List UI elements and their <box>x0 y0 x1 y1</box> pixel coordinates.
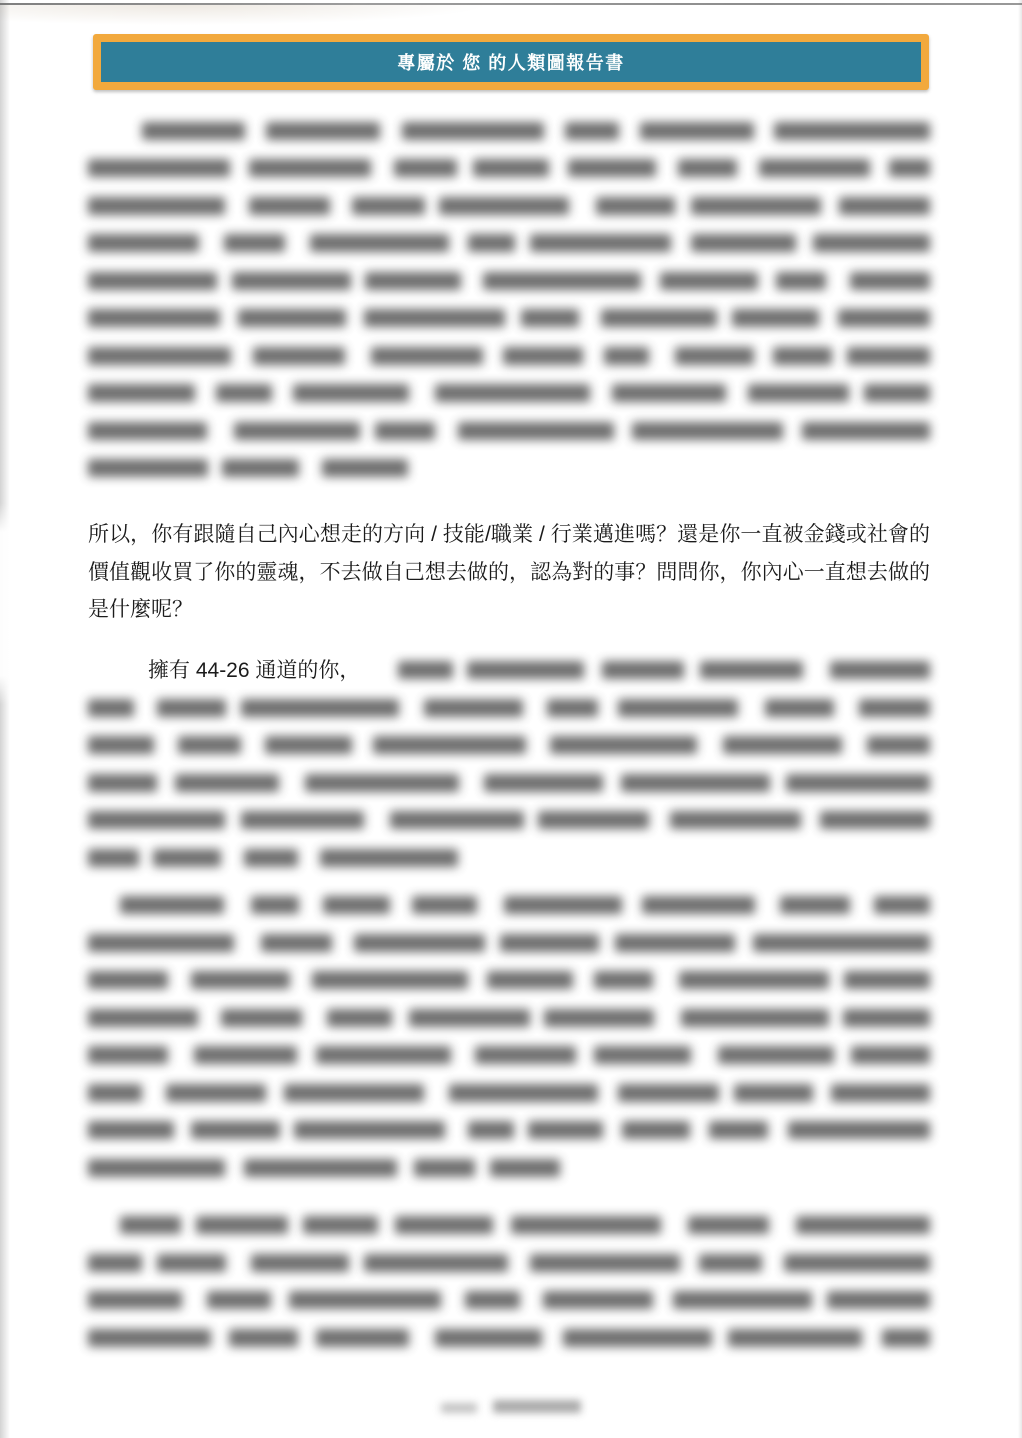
blurred-text-segment <box>373 736 526 754</box>
blurred-footer-segment <box>441 1403 477 1413</box>
text-gap <box>88 1225 120 1226</box>
blurred-text-segment <box>483 272 641 290</box>
blurred-text-segment <box>604 347 649 365</box>
blurred-text-line <box>88 1244 930 1282</box>
blurred-text-segment <box>88 197 225 215</box>
blurred-text-line <box>88 112 930 150</box>
blurred-text-segment <box>414 1159 475 1177</box>
text-gap <box>272 393 293 394</box>
blurred-text-segment <box>327 1009 392 1027</box>
blurred-text-segment <box>354 934 485 952</box>
blurred-text-segment <box>765 699 834 717</box>
blurred-text-segment <box>322 459 408 477</box>
text-gap <box>803 670 830 671</box>
blurred-text-line <box>88 887 930 925</box>
blurred-text-segment <box>500 934 599 952</box>
blurred-text-line <box>88 1319 930 1357</box>
text-gap <box>530 1017 544 1018</box>
text-gap <box>195 393 216 394</box>
blurred-text-segment <box>323 896 390 914</box>
text-gap <box>862 1337 882 1338</box>
blurred-text-segment <box>178 736 241 754</box>
text-gap <box>819 318 838 319</box>
blurred-text-segment <box>874 896 930 914</box>
blurred-text-segment <box>249 159 371 177</box>
text-gap <box>181 1225 196 1226</box>
blurred-text-segment <box>238 309 346 327</box>
text-gap <box>598 707 618 708</box>
text-gap <box>649 820 670 821</box>
text-gap <box>755 905 780 906</box>
text-gap <box>424 1092 449 1093</box>
text-gap <box>549 168 568 169</box>
text-gap <box>285 243 310 244</box>
blurred-text-segment <box>621 774 770 792</box>
blurred-text-segment <box>294 1121 445 1139</box>
paragraph-blurred-3 <box>88 887 930 1187</box>
blurred-text-segment <box>398 661 453 679</box>
blurred-text-segment <box>191 971 290 989</box>
blurred-text-segment <box>468 234 515 252</box>
text-gap <box>485 942 500 943</box>
blurred-text-segment <box>468 1121 514 1139</box>
text-gap <box>508 1262 530 1263</box>
text-gap <box>654 1017 681 1018</box>
blurred-text-segment <box>802 422 930 440</box>
blurred-text-segment <box>691 197 821 215</box>
blurred-text-segment <box>622 1121 690 1139</box>
paragraph-blurred-intro <box>88 112 930 487</box>
text-gap <box>834 1055 851 1056</box>
blurred-text-segment <box>88 736 154 754</box>
blurred-text-segment <box>467 661 584 679</box>
blurred-text-segment <box>216 384 272 402</box>
blurred-text-line <box>88 1207 930 1245</box>
blurred-text-segment <box>390 811 524 829</box>
blurred-text-segment <box>882 1329 930 1347</box>
text-gap <box>168 1055 194 1056</box>
text-gap <box>451 1055 475 1056</box>
blurred-text-segment <box>88 234 199 252</box>
text-gap <box>524 820 538 821</box>
blurred-text-segment <box>820 811 930 829</box>
blurred-text-segment <box>88 459 208 477</box>
text-gap <box>514 1130 528 1131</box>
blurred-text-segment <box>784 1254 930 1272</box>
text-gap <box>576 1055 594 1056</box>
blurred-text-segment <box>521 309 579 327</box>
blurred-text-segment <box>681 1009 829 1027</box>
blurred-text-segment <box>303 1216 378 1234</box>
paragraph-question: 所以，你有跟隨自己內心想走的方向 / 技能/職業 / 行業邁進嗎？還是你一直被金… <box>88 516 930 629</box>
blurred-text-line <box>88 924 930 962</box>
text-gap <box>330 205 352 206</box>
text-gap <box>360 670 398 671</box>
report-title-banner: 專屬於 您 的人類圖報告書 <box>93 34 929 90</box>
text-gap <box>842 745 867 746</box>
text-gap <box>332 942 354 943</box>
blurred-text-segment <box>688 1216 769 1234</box>
text-gap <box>208 468 222 469</box>
blurred-text-segment <box>889 159 930 177</box>
blurred-text-line <box>88 337 930 375</box>
blurred-text-segment <box>568 159 656 177</box>
blurred-text-segment <box>88 384 195 402</box>
text-gap <box>364 820 390 821</box>
blurred-text-segment <box>780 896 850 914</box>
text-gap <box>754 130 774 131</box>
blurred-text-segment <box>412 896 477 914</box>
text-gap <box>603 1130 622 1131</box>
blurred-text-segment <box>229 1329 298 1347</box>
blurred-text-segment <box>473 159 549 177</box>
text-gap <box>425 205 439 206</box>
blurred-text-segment <box>88 811 225 829</box>
text-gap <box>850 905 874 906</box>
blurred-text-segment <box>867 736 930 754</box>
text-gap <box>225 205 249 206</box>
blurred-text-segment <box>142 122 245 140</box>
channel-44-26-lead: 擁有 44-26 通道的你， <box>148 652 360 690</box>
text-gap <box>435 430 458 431</box>
blurred-text-segment <box>673 1291 812 1309</box>
text-gap <box>834 707 859 708</box>
blurred-text-segment <box>847 347 930 365</box>
blurred-text-segment <box>284 1084 424 1102</box>
blurred-text-line <box>88 225 930 263</box>
text-gap <box>796 243 813 244</box>
text-gap <box>821 205 839 206</box>
blurred-text-line <box>88 802 930 840</box>
text-gap <box>207 430 234 431</box>
blurred-text-segment <box>191 1121 280 1139</box>
text-gap <box>346 318 364 319</box>
text-gap <box>812 1300 827 1301</box>
text-gap <box>154 745 178 746</box>
blurred-text-segment <box>394 159 457 177</box>
blurred-text-segment <box>699 1254 762 1272</box>
text-gap <box>457 168 473 169</box>
text-gap <box>505 318 521 319</box>
blurred-text-segment <box>316 1046 451 1064</box>
blurred-text-segment <box>851 1046 930 1064</box>
text-gap <box>520 1300 543 1301</box>
blurred-text-segment <box>601 309 717 327</box>
blurred-text-segment <box>618 699 738 717</box>
blurred-text-segment <box>831 1084 930 1102</box>
text-gap <box>88 130 142 131</box>
blurred-text-segment <box>838 309 930 327</box>
text-gap <box>598 1092 618 1093</box>
blurred-text-segment <box>88 309 220 327</box>
text-gap <box>198 1017 221 1018</box>
blurred-text-segment <box>88 1291 182 1309</box>
page-left-edge <box>0 0 10 1438</box>
blurred-text-segment <box>439 197 569 215</box>
text-gap <box>271 1300 289 1301</box>
blurred-text-segment <box>88 774 157 792</box>
blurred-text-line <box>88 150 930 188</box>
text-gap <box>483 355 503 356</box>
blurred-text-segment <box>788 1121 930 1139</box>
blurred-text-segment <box>88 934 234 952</box>
blurred-text-segment <box>207 1291 271 1309</box>
text-gap <box>290 980 312 981</box>
blurred-text-segment <box>375 422 435 440</box>
text-gap <box>226 707 241 708</box>
blurred-text-segment <box>253 347 345 365</box>
text-gap <box>392 1017 409 1018</box>
blurred-text-line <box>88 412 930 450</box>
blurred-text-segment <box>550 736 697 754</box>
blurred-text-segment <box>813 234 930 252</box>
text-gap <box>468 980 487 981</box>
text-gap <box>619 130 640 131</box>
text-gap <box>231 355 253 356</box>
blurred-text-segment <box>796 1216 930 1234</box>
text-gap <box>738 707 765 708</box>
text-gap <box>477 905 504 906</box>
blurred-text-segment <box>409 1009 530 1027</box>
text-gap <box>542 1337 563 1338</box>
page-right-edge <box>1018 0 1022 1438</box>
blurred-text-segment <box>251 1254 349 1272</box>
blurred-text-segment <box>490 1159 560 1177</box>
text-gap <box>758 280 776 281</box>
text-gap <box>225 1167 244 1168</box>
text-gap <box>475 1167 490 1168</box>
blurred-text-segment <box>320 849 458 867</box>
text-gap <box>199 243 224 244</box>
text-gap <box>134 707 157 708</box>
blurred-text-line <box>88 1074 930 1112</box>
blurred-text-line <box>88 962 930 1000</box>
text-gap <box>801 820 820 821</box>
text-gap <box>614 430 632 431</box>
blurred-text-segment <box>528 1121 603 1139</box>
text-gap <box>826 280 850 281</box>
blurred-text-line <box>88 764 930 802</box>
blurred-footer-segment <box>493 1400 581 1413</box>
blurred-text-segment <box>776 272 826 290</box>
text-gap <box>142 1092 166 1093</box>
text-gap <box>719 1092 734 1093</box>
blurred-text-segment <box>352 197 425 215</box>
text-gap <box>684 670 700 671</box>
text-gap <box>832 355 847 356</box>
blurred-text-segment <box>530 234 671 252</box>
text-gap <box>279 782 305 783</box>
blurred-text-line <box>88 1149 930 1187</box>
blurred-text-segment <box>221 1009 302 1027</box>
blurred-text-segment <box>88 1009 198 1027</box>
text-gap <box>371 168 394 169</box>
blurred-text-segment <box>153 849 221 867</box>
text-gap <box>754 355 773 356</box>
blurred-text-segment <box>734 1084 813 1102</box>
report-page: 專屬於 您 的人類圖報告書 所以，你有跟隨自己內心想走的方向 / 技能/職業 /… <box>0 0 1022 1438</box>
text-gap <box>829 1017 843 1018</box>
text-gap <box>302 1017 327 1018</box>
text-gap <box>453 670 467 671</box>
text-gap <box>583 355 604 356</box>
blurred-text-segment <box>511 1216 661 1234</box>
text-gap <box>690 1130 709 1131</box>
blurred-text-segment <box>120 1216 181 1234</box>
blurred-text-segment <box>753 934 930 952</box>
text-gap <box>691 1055 718 1056</box>
blurred-text-segment <box>827 1291 930 1309</box>
text-gap <box>225 820 241 821</box>
text-gap <box>220 318 238 319</box>
blurred-text-segment <box>615 934 735 952</box>
text-gap <box>397 1167 414 1168</box>
blurred-text-segment <box>530 1254 680 1272</box>
text-gap <box>573 980 594 981</box>
page-number-blurred <box>0 1400 1022 1413</box>
text-gap <box>671 243 691 244</box>
blurred-text-line <box>88 689 930 727</box>
page-corner-shadow <box>0 5 690 33</box>
text-gap <box>349 1262 364 1263</box>
text-gap <box>599 942 615 943</box>
blurred-text-segment <box>224 234 285 252</box>
blurred-text-line <box>88 375 930 413</box>
blurred-text-segment <box>675 347 754 365</box>
text-gap <box>726 393 748 394</box>
blurred-text-segment <box>88 1121 174 1139</box>
text-gap <box>493 1225 511 1226</box>
text-gap <box>298 857 320 858</box>
blurred-text-line <box>88 839 930 877</box>
blurred-text-line <box>88 727 930 765</box>
blurred-text-segment <box>484 774 603 792</box>
blurred-text-segment <box>88 971 168 989</box>
text-gap <box>441 1300 465 1301</box>
blurred-text-segment <box>565 122 619 140</box>
text-gap <box>461 280 483 281</box>
text-gap <box>697 745 723 746</box>
blurred-text-segment <box>465 1291 520 1309</box>
text-gap <box>735 942 753 943</box>
blurred-text-segment <box>88 159 230 177</box>
blurred-text-segment <box>251 896 299 914</box>
blurred-text-segment <box>196 1216 288 1234</box>
blurred-text-segment <box>543 1291 653 1309</box>
text-gap <box>737 168 759 169</box>
text-gap <box>768 1130 788 1131</box>
text-gap <box>351 280 365 281</box>
blurred-text-segment <box>88 699 134 717</box>
blurred-text-segment <box>305 774 459 792</box>
blurred-text-segment <box>435 1329 542 1347</box>
blurred-text-segment <box>786 774 930 792</box>
text-gap <box>88 670 148 671</box>
blurred-text-segment <box>612 384 726 402</box>
text-gap <box>234 942 261 943</box>
blurred-text-segment <box>773 347 832 365</box>
blurred-text-segment <box>839 197 930 215</box>
blurred-text-segment <box>504 896 622 914</box>
blurred-text-segment <box>244 1159 397 1177</box>
blurred-text-line <box>88 1037 930 1075</box>
blurred-text-line <box>88 187 930 225</box>
blurred-text-segment <box>732 309 819 327</box>
blurred-text-line <box>88 450 930 488</box>
text-gap <box>649 355 675 356</box>
text-gap <box>526 745 550 746</box>
text-gap <box>762 1262 784 1263</box>
text-gap <box>641 280 660 281</box>
blurred-text-segment <box>293 384 409 402</box>
blurred-text-segment <box>709 1121 768 1139</box>
text-gap <box>182 1300 207 1301</box>
blurred-text-segment <box>830 661 930 679</box>
blurred-text-segment <box>364 1254 508 1272</box>
blurred-text-segment <box>475 1046 576 1064</box>
blurred-text-segment <box>244 849 298 867</box>
blurred-text-segment <box>844 971 930 989</box>
blurred-text-segment <box>88 1329 211 1347</box>
blurred-text-segment <box>594 1046 691 1064</box>
blurred-text-line <box>88 262 930 300</box>
blurred-text-line <box>88 300 930 338</box>
blurred-text-segment <box>232 272 351 290</box>
blurred-text-segment <box>402 122 544 140</box>
blurred-text-segment <box>316 1329 409 1347</box>
text-gap <box>603 782 621 783</box>
blurred-text-segment <box>120 896 224 914</box>
text-gap <box>352 745 373 746</box>
text-gap <box>390 905 412 906</box>
text-gap <box>380 130 402 131</box>
text-gap <box>378 1225 395 1226</box>
blurred-text-segment <box>395 1216 493 1234</box>
blurred-text-line: 擁有 44-26 通道的你， <box>88 652 930 690</box>
blurred-text-segment <box>289 1291 441 1309</box>
blurred-text-segment <box>723 736 842 754</box>
blurred-text-segment <box>266 122 380 140</box>
text-gap <box>449 243 468 244</box>
text-gap <box>870 168 889 169</box>
text-gap <box>345 355 371 356</box>
blurred-text-segment <box>241 811 364 829</box>
blurred-text-segment <box>544 1009 654 1027</box>
blurred-text-segment <box>843 1009 930 1027</box>
blurred-text-segment <box>88 1046 168 1064</box>
blurred-text-line <box>88 1282 930 1320</box>
text-gap <box>280 1130 294 1131</box>
text-gap <box>241 745 265 746</box>
text-gap <box>157 782 175 783</box>
blurred-text-segment <box>563 1329 712 1347</box>
text-gap <box>515 243 530 244</box>
blurred-text-segment <box>241 699 399 717</box>
blurred-text-segment <box>88 1159 225 1177</box>
blurred-text-segment <box>691 234 796 252</box>
text-gap <box>569 205 596 206</box>
text-gap <box>299 468 322 469</box>
page-title: 專屬於 您 的人類圖報告書 <box>397 49 625 75</box>
blurred-text-segment <box>864 384 930 402</box>
text-gap <box>266 1092 284 1093</box>
blurred-text-segment <box>748 384 849 402</box>
blurred-text-segment <box>88 849 139 867</box>
blurred-text-segment <box>449 1084 598 1102</box>
blurred-text-segment <box>312 971 468 989</box>
blurred-text-segment <box>157 699 226 717</box>
blurred-text-segment <box>234 422 360 440</box>
